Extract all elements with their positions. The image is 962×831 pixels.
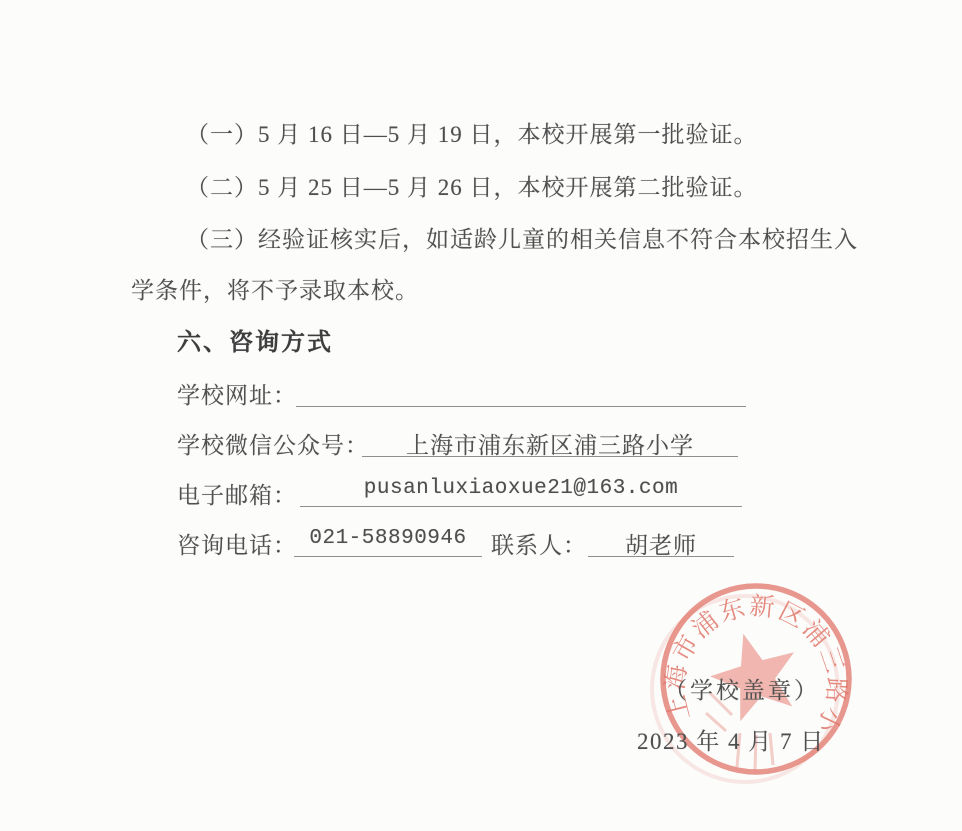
section-heading: 六、咨询方式 (177, 322, 333, 357)
scanned-document-page: （一）5 月 16 日—5 月 19 日，本校开展第一批验证。 （二）5 月 2… (0, 0, 962, 831)
wechat-label: 学校微信公众号： (177, 427, 369, 460)
paragraph-condition-line1: （三）经验证核实后，如适龄儿童的相关信息不符合本校招生入 (186, 221, 858, 254)
website-label: 学校网址： (177, 377, 297, 410)
paragraph-condition-line2: 学条件，将不予录取本校。 (131, 272, 419, 305)
wechat-field: 上海市浦东新区浦三路小学 (362, 427, 738, 457)
website-field (296, 377, 746, 407)
contact-label: 联系人： (491, 527, 587, 560)
phone-field: 021-58890946 (294, 527, 482, 557)
email-field: pusanluxiaoxue21@163.com (300, 477, 742, 507)
paragraph-batch1: （一）5 月 16 日—5 月 19 日，本校开展第一批验证。 (186, 116, 758, 149)
email-label: 电子邮箱： (177, 477, 297, 510)
paragraph-batch2: （二）5 月 25 日—5 月 26 日，本校开展第二批验证。 (186, 169, 758, 202)
signature-date: 2023 年 4 月 7 日 (637, 723, 825, 756)
phone-label: 咨询电话： (177, 527, 297, 560)
contact-field: 胡老师 (588, 527, 734, 557)
stamp-note: （学校盖章） (664, 672, 820, 705)
